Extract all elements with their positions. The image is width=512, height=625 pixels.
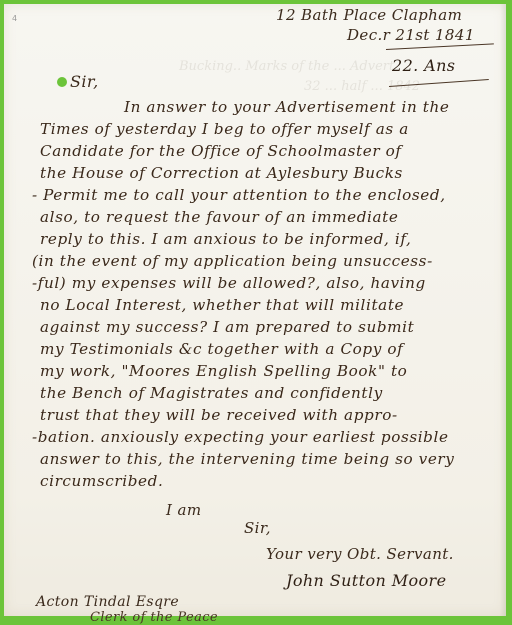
date-underline xyxy=(386,43,494,50)
body-line: against my success? I am prepared to sub… xyxy=(40,318,414,336)
archive-corner-mark: 4 xyxy=(12,14,17,23)
salutation: Sir, xyxy=(70,72,99,91)
body-line: also, to request the favour of an immedi… xyxy=(40,208,398,226)
closing-sir: Sir, xyxy=(244,519,271,537)
body-line: no Local Interest, whether that will mil… xyxy=(40,296,404,314)
body-line: answer to this, the intervening time bei… xyxy=(40,450,454,468)
letter-paper: 4 Bucking.. Marks of the ... Advert 32 .… xyxy=(4,4,506,616)
body-line: the House of Correction at Aylesbury Buc… xyxy=(40,164,403,182)
body-line: In answer to your Advertisement in the xyxy=(124,98,449,116)
answer-annotation: 22. Ans xyxy=(392,56,455,75)
body-line: the Bench of Magistrates and confidently xyxy=(40,384,383,402)
body-line: trust that they will be received with ap… xyxy=(40,406,398,424)
body-line: reply to this. I am anxious to be inform… xyxy=(40,230,411,248)
bleed-through-text: Bucking.. Marks of the ... Advert xyxy=(179,59,394,74)
closing-i-am: I am xyxy=(166,501,201,519)
body-line: -bation. anxiously expecting your earlie… xyxy=(32,428,449,446)
signature: John Sutton Moore xyxy=(286,571,446,590)
body-line: Times of yesterday I beg to offer myself… xyxy=(40,120,409,138)
closing-servant: Your very Obt. Servant. xyxy=(266,545,454,563)
body-line: Candidate for the Office of Schoolmaster… xyxy=(40,142,402,160)
body-line: my work, "Moores English Spelling Book" … xyxy=(40,362,407,380)
bleed-through-text: 32 ... half ... 1842 xyxy=(304,79,420,94)
body-line: my Testimonials &c together with a Copy … xyxy=(40,340,403,358)
punch-hole xyxy=(57,77,67,87)
scan-frame: 4 Bucking.. Marks of the ... Advert 32 .… xyxy=(0,0,512,623)
addressee-title: Clerk of the Peace xyxy=(90,610,218,623)
sender-address: 12 Bath Place Clapham xyxy=(276,6,462,24)
body-line: - Permit me to call your attention to th… xyxy=(32,186,446,204)
body-line: (in the event of my application being un… xyxy=(32,252,433,270)
body-line: circumscribed. xyxy=(40,472,163,490)
body-line: -ful) my expenses will be allowed?, also… xyxy=(32,274,426,292)
addressee-name: Acton Tindal Esqre xyxy=(36,594,179,610)
letter-date: Dec.r 21st 1841 xyxy=(347,26,475,44)
